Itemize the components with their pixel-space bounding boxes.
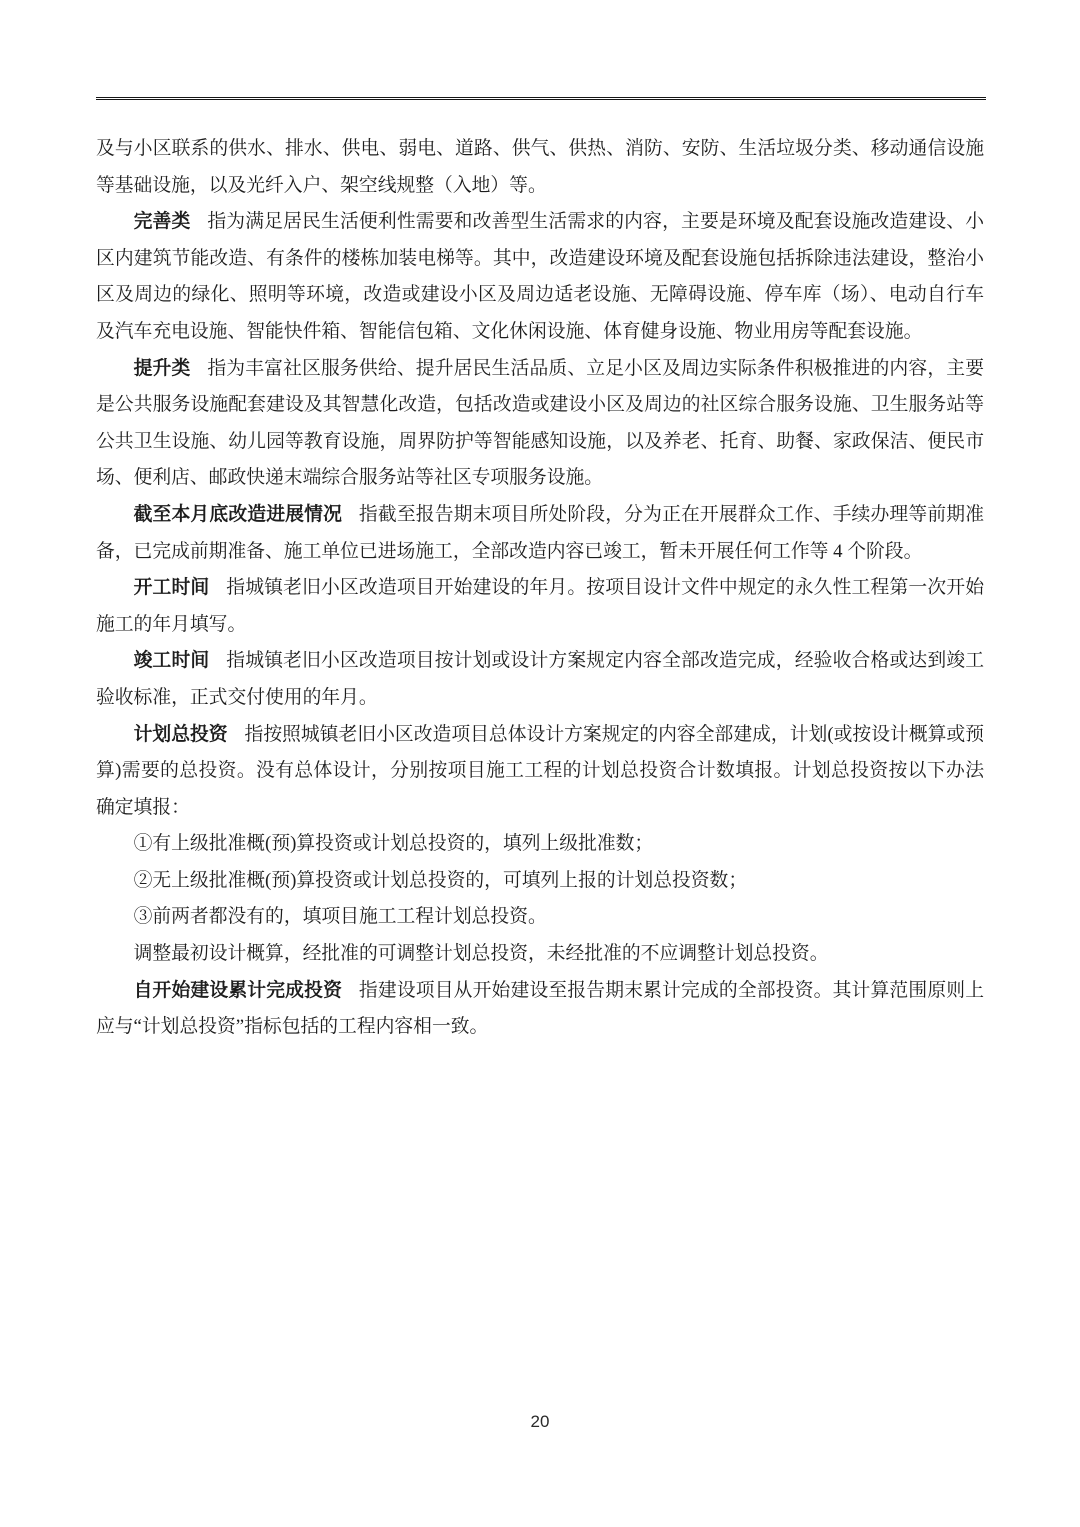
paragraph-text: 调整最初设计概算，经批准的可调整计划总投资，未经批准的不应调整计划总投资。: [134, 943, 829, 964]
paragraph: 竣工时间指城镇老旧小区改造项目按计划或设计方案规定内容全部改造完成，经验收合格或…: [96, 643, 984, 716]
document-body: 及与小区联系的供水、排水、供电、弱电、道路、供气、供热、消防、安防、生活垃圾分类…: [96, 131, 984, 1046]
definition-term: 开工时间: [134, 577, 210, 598]
definition-term: 计划总投资: [134, 724, 228, 745]
paragraph-text: 指为丰富社区服务供给、提升居民生活品质、立足小区及周边实际条件积极推进的内容，主…: [96, 358, 984, 489]
paragraph: 开工时间指城镇老旧小区改造项目开始建设的年月。按项目设计文件中规定的永久性工程第…: [96, 570, 984, 643]
paragraph: ③前两者都没有的，填项目施工工程计划总投资。: [96, 899, 984, 936]
paragraph: ①有上级批准概(预)算投资或计划总投资的，填列上级批准数；: [96, 826, 984, 863]
paragraph: 自开始建设累计完成投资指建设项目从开始建设至报告期末累计完成的全部投资。其计算范…: [96, 973, 984, 1046]
definition-term: 自开始建设累计完成投资: [134, 980, 342, 1001]
paragraph-text: 及与小区联系的供水、排水、供电、弱电、道路、供气、供热、消防、安防、生活垃圾分类…: [96, 138, 984, 196]
paragraph: 计划总投资指按照城镇老旧小区改造项目总体设计方案规定的内容全部建成，计划(或按设…: [96, 717, 984, 827]
definition-term: 竣工时间: [134, 650, 210, 671]
definition-term: 提升类: [134, 358, 191, 379]
definition-term: 截至本月底改造进展情况: [134, 504, 342, 525]
paragraph-text: 指城镇老旧小区改造项目按计划或设计方案规定内容全部改造完成，经验收合格或达到竣工…: [96, 650, 984, 708]
header-rule: [96, 97, 986, 100]
paragraph: 调整最初设计概算，经批准的可调整计划总投资，未经批准的不应调整计划总投资。: [96, 936, 984, 973]
paragraph-text: ③前两者都没有的，填项目施工工程计划总投资。: [134, 906, 547, 927]
paragraph: 截至本月底改造进展情况指截至报告期末项目所处阶段，分为正在开展群众工作、手续办理…: [96, 497, 984, 570]
paragraph-text: ①有上级批准概(预)算投资或计划总投资的，填列上级批准数；: [134, 833, 654, 854]
paragraph: 提升类指为丰富社区服务供给、提升居民生活品质、立足小区及周边实际条件积极推进的内…: [96, 351, 984, 497]
paragraph: 完善类指为满足居民生活便利性需要和改善型生活需求的内容，主要是环境及配套设施改造…: [96, 204, 984, 350]
paragraph: ②无上级批准概(预)算投资或计划总投资的，可填列上报的计划总投资数；: [96, 863, 984, 900]
page-number: 20: [0, 1412, 1080, 1432]
document-page: 及与小区联系的供水、排水、供电、弱电、道路、供气、供热、消防、安防、生活垃圾分类…: [0, 0, 1080, 1527]
paragraph-text: 指城镇老旧小区改造项目开始建设的年月。按项目设计文件中规定的永久性工程第一次开始…: [96, 577, 984, 635]
paragraph-text: 指按照城镇老旧小区改造项目总体设计方案规定的内容全部建成，计划(或按设计概算或预…: [96, 724, 984, 818]
paragraph: 及与小区联系的供水、排水、供电、弱电、道路、供气、供热、消防、安防、生活垃圾分类…: [96, 131, 984, 204]
paragraph-text: 指为满足居民生活便利性需要和改善型生活需求的内容，主要是环境及配套设施改造建设、…: [96, 211, 984, 342]
paragraph-text: ②无上级批准概(预)算投资或计划总投资的，可填列上报的计划总投资数；: [134, 870, 748, 891]
definition-term: 完善类: [134, 211, 191, 232]
